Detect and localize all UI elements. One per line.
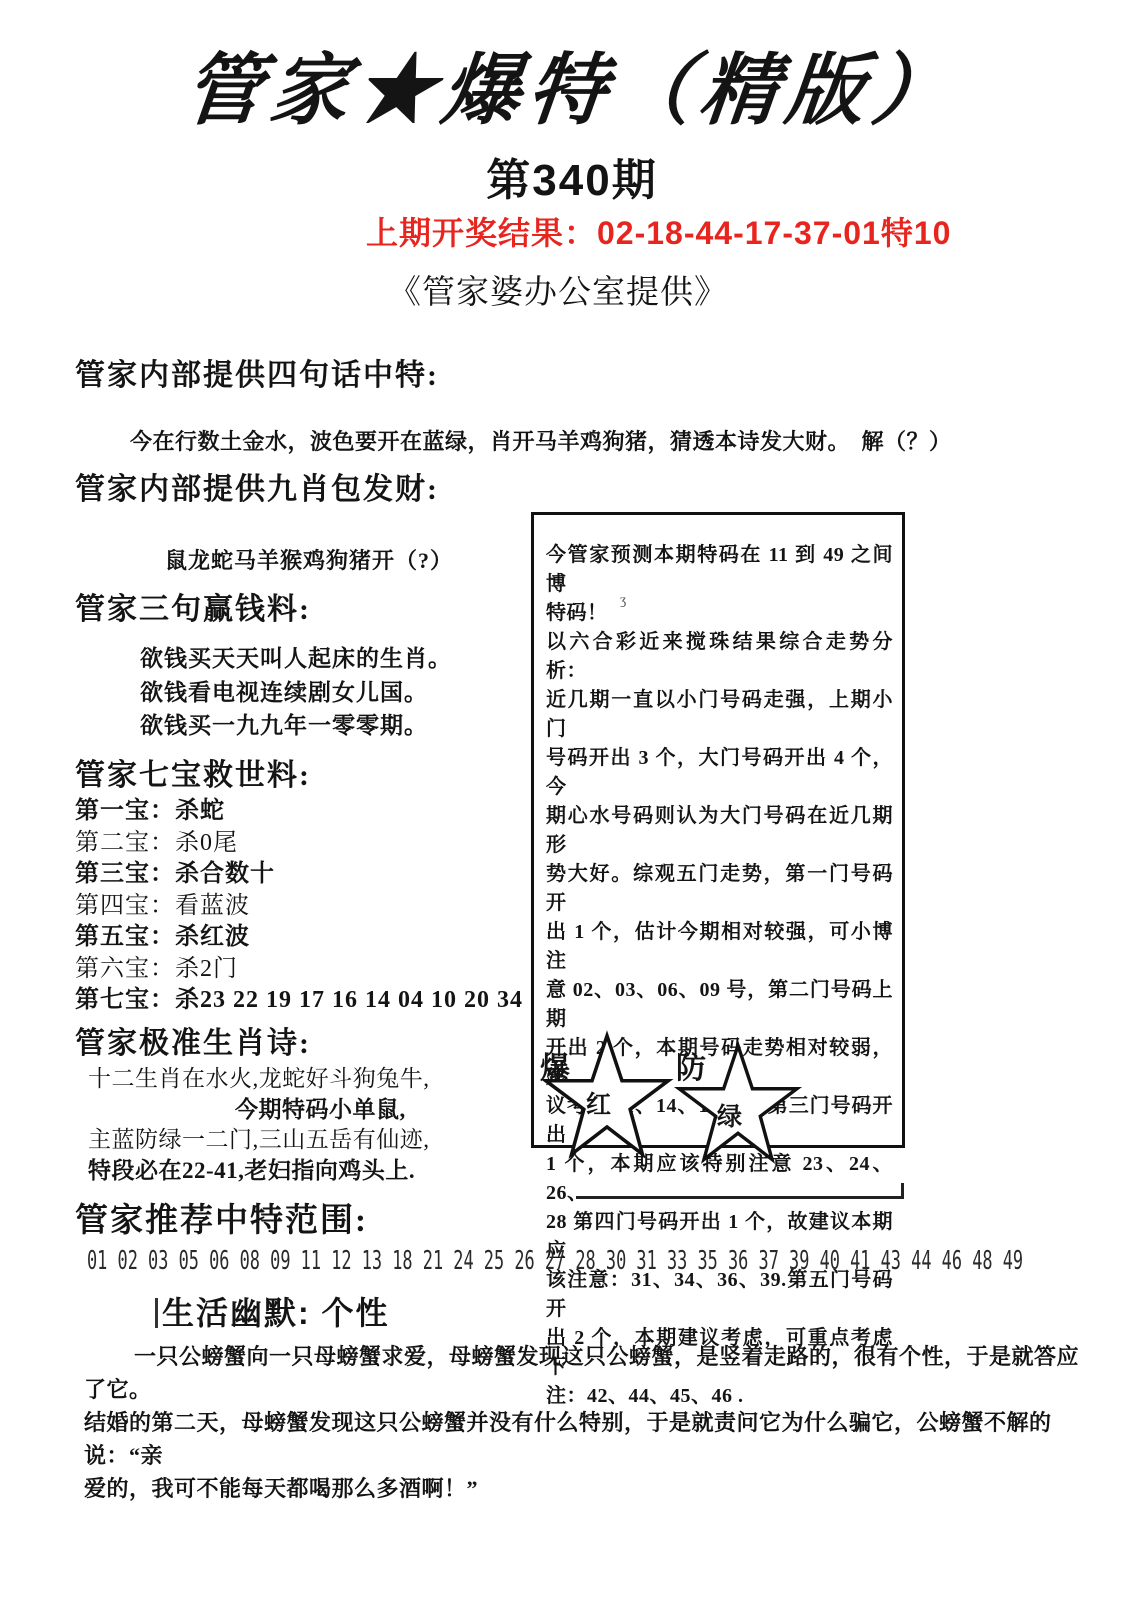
heading-humor: 生活幽默: 个性 bbox=[155, 1288, 390, 1334]
humor-paragraph: 一只公螃蟹向一只母螃蟹求爱，母螃蟹发现这只公螃蟹，是竖着走路的，很有个性，于是就… bbox=[84, 1340, 1089, 1505]
green-star-text: 绿 bbox=[717, 1097, 742, 1133]
zodiac-poem: 十二生肖在水火,龙蛇好斗狗兔牛, 今期特码小单鼠, 主蓝防绿一二门,三山五岳有仙… bbox=[88, 1064, 430, 1186]
provider-line: 《管家婆办公室提供》 bbox=[388, 266, 728, 313]
previous-draw-result: 上期开奖结果：02-18-44-17-37-01特10 bbox=[366, 208, 951, 254]
treasure-item: 第六宝：杀2门 bbox=[75, 954, 523, 986]
poem-line: 今期特码小单鼠, bbox=[235, 1095, 430, 1126]
lottery-flyer-page: 管家★爆特（精版） 第340期 上期开奖结果：02-18-44-17-37-01… bbox=[0, 0, 1144, 1618]
humor-heading-text: 生活幽默: 个性 bbox=[162, 1295, 390, 1331]
three-money-lines: 欲钱买天天叫人起床的生肖。 欲钱看电视连续剧女儿国。 欲钱买一九九年一零零期。 bbox=[140, 642, 452, 743]
divider-tick bbox=[901, 1183, 904, 1198]
prediction-box: 今管家预测本期特码在 11 到 49 之间博 特码！ 以六合彩近来搅珠结果综合走… bbox=[531, 512, 905, 1148]
heading-three-money-lines: 管家三句赢钱料: bbox=[75, 584, 311, 628]
poem-line: 主蓝防绿一二门,三山五岳有仙迹, bbox=[88, 1125, 430, 1156]
heading-recommend-range: 管家推荐中特范围: bbox=[75, 1194, 368, 1241]
divider-line bbox=[576, 1196, 904, 1199]
prediction-analysis-text: 今管家预测本期特码在 11 到 49 之间博 特码！ 以六合彩近来搅珠结果综合走… bbox=[546, 541, 893, 1411]
treasure-item: 第四宝：看蓝波 bbox=[75, 891, 523, 923]
tick-mark bbox=[155, 1298, 158, 1328]
treasure-item: 第七宝：杀23 22 19 17 16 14 04 10 20 34 bbox=[75, 985, 523, 1017]
poem-line: 特段必在22-41,老妇指向鸡头上. bbox=[88, 1156, 430, 1187]
treasure-item: 第二宝：杀0尾 bbox=[75, 828, 523, 860]
treasure-item: 第三宝：杀合数十 bbox=[75, 859, 523, 891]
four-sentences-verse: 今在行数土金水，波色要开在蓝绿，肖开马羊鸡狗猪，猜透本诗发大财。 解（？） bbox=[130, 425, 952, 456]
heading-nine-zodiac: 管家内部提供九肖包发财: bbox=[75, 464, 439, 508]
heading-seven-treasures: 管家七宝救世料: bbox=[75, 750, 311, 794]
treasure-item: 第五宝：杀红波 bbox=[75, 922, 523, 954]
heading-zodiac-poem: 管家极准生肖诗: bbox=[75, 1018, 311, 1062]
seven-treasures-list: 第一宝：杀蛇 第二宝：杀0尾 第三宝：杀合数十 第四宝：看蓝波 第五宝：杀红波 … bbox=[75, 796, 523, 1017]
masthead-title: 管家★爆特（精版） bbox=[0, 28, 1144, 140]
treasure-item: 第一宝：杀蛇 bbox=[75, 796, 523, 828]
print-smudge-mark: ʒ bbox=[620, 593, 626, 609]
heading-four-sentences: 管家内部提供四句话中特: bbox=[75, 350, 439, 394]
recommended-numbers-row: 01 02 03 05 06 08 09 11 12 13 18 21 24 2… bbox=[87, 1246, 1023, 1276]
issue-number: 第340期 bbox=[0, 144, 1144, 208]
nine-zodiac-line: 鼠龙蛇马羊猴鸡狗猪开（?） bbox=[165, 544, 453, 575]
poem-line: 十二生肖在水火,龙蛇好斗狗兔牛, bbox=[88, 1064, 430, 1095]
red-star-text: 红 bbox=[586, 1085, 611, 1121]
